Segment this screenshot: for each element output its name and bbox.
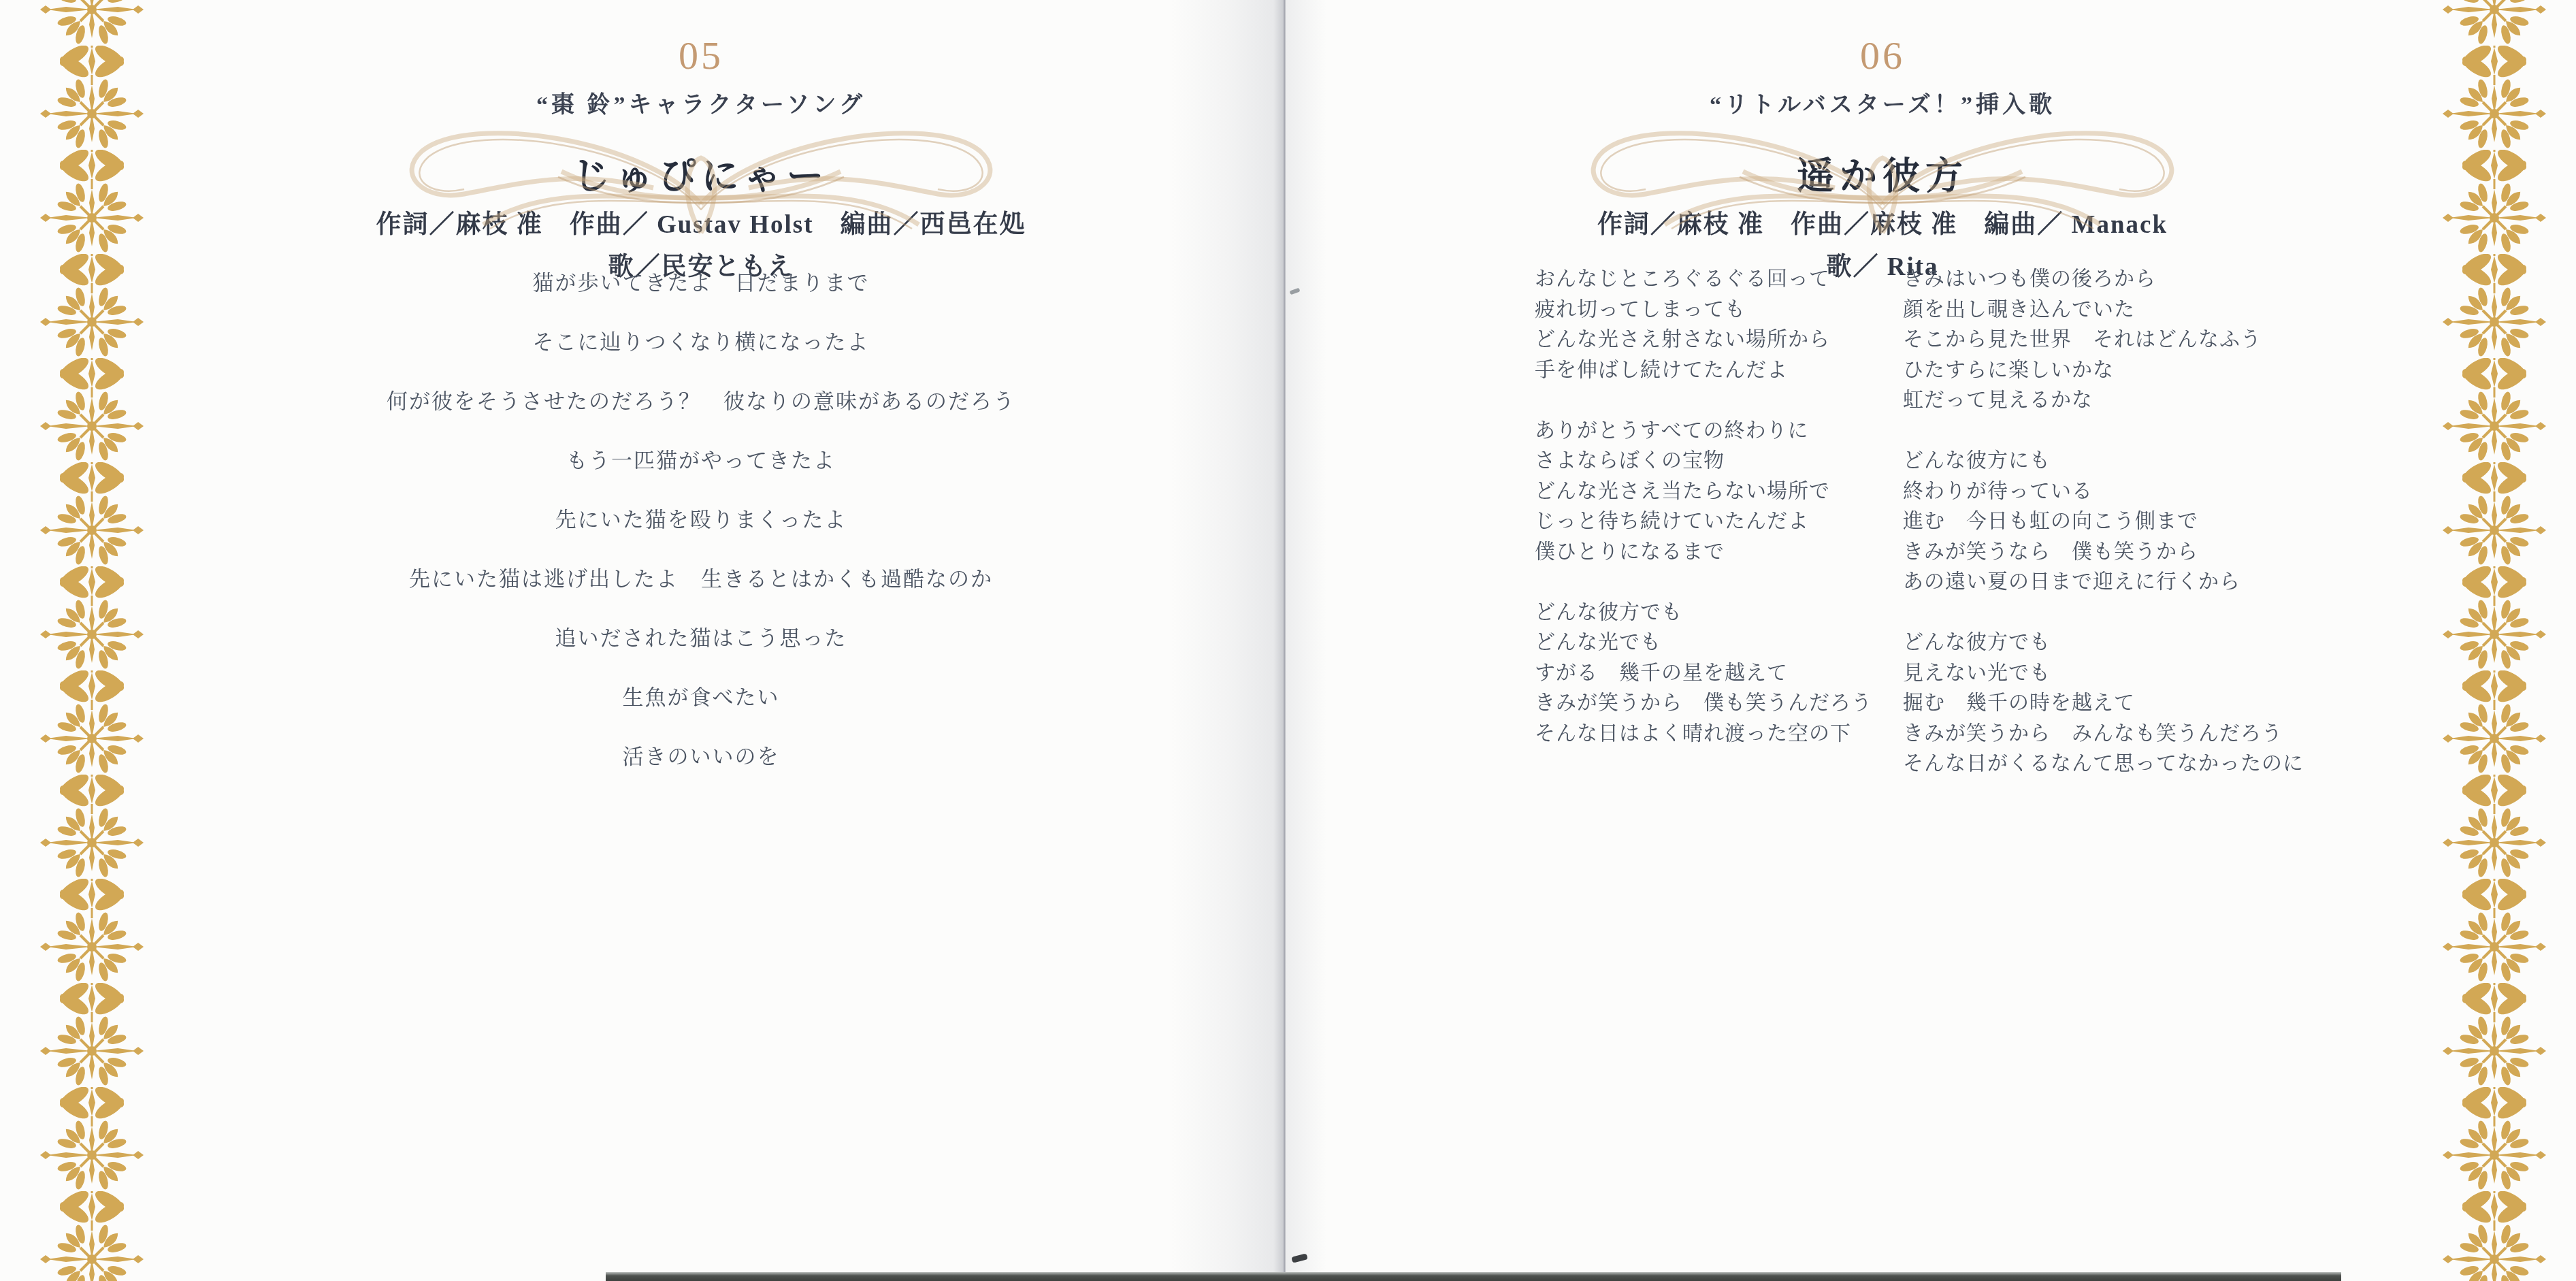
- right-page-lyrics-column-2: きみはいつも僕の後ろから顔を出し覗き込んでいたそこから見た世界 それはどんなふう…: [1903, 264, 2338, 779]
- lyric-line: 生魚が食べたい: [157, 668, 1245, 727]
- lyric-line: 終わりが待っている: [1903, 476, 2338, 507]
- track-number-06: 06: [1338, 33, 2427, 78]
- right-title-flourish-ornament: [1542, 123, 2223, 238]
- right-floral-border: [2423, 0, 2566, 1281]
- lyric-line: きみはいつも僕の後ろから: [1903, 264, 2338, 295]
- right-song-subtitle: “リトルバスターズ！”挿入歌: [1338, 86, 2427, 119]
- left-floral-border: [20, 0, 163, 1281]
- lyric-line: きみが笑うなら 僕も笑うから: [1903, 537, 2338, 568]
- lyric-line: 掘む 幾千の時を越えて: [1903, 688, 2338, 719]
- lyric-line: 見えない光でも: [1903, 658, 2338, 689]
- lyric-line: きみが笑うから みんなも笑うんだろう: [1903, 719, 2338, 749]
- lyric-line: 活きのいいのを: [157, 727, 1245, 786]
- lyric-line: 先にいた猫を殴りまくったよ: [157, 490, 1245, 549]
- lyric-line: 先にいた猫は逃げ出したよ 生きるとはかくも過酷なのか: [157, 549, 1245, 609]
- bottom-scan-edge: [606, 1272, 2341, 1281]
- lyric-line: もう一匹猫がやってきたよ: [157, 431, 1245, 490]
- center-fold-shadow: [1171, 0, 1285, 1281]
- lyric-line: そんな日がくるなんて思ってなかったのに: [1903, 749, 2338, 779]
- center-fold-highlight: [1286, 0, 1326, 1281]
- left-title-flourish-ornament: [361, 123, 1041, 238]
- lyric-line: あの遠い夏の日まで迎えに行くから: [1903, 567, 2338, 598]
- lyric-line: 何が彼をそうさせたのだろう？ 彼なりの意味があるのだろう: [157, 372, 1245, 431]
- lyric-line: どんな彼方にも: [1903, 446, 2338, 476]
- lyric-line: どんな彼方でも: [1903, 628, 2338, 658]
- left-page-lyrics: 猫が歩いてきたよ 日だまりまでそこに辿りつくなり横になったよ何が彼をそうさせたの…: [157, 253, 1245, 786]
- lyric-line: 猫が歩いてきたよ 日だまりまで: [157, 253, 1245, 312]
- left-song-subtitle: “棗 鈴”キャラクターソング: [157, 86, 1245, 119]
- lyric-line: 追いだされた猫はこう思った: [157, 609, 1245, 668]
- lyric-line: 虹だって見えるかな: [1903, 385, 2338, 416]
- lyric-line: そこから見た世界 それはどんなふう: [1903, 325, 2338, 355]
- booklet-scan: { "booklet": { "left_page": { "track_num…: [0, 0, 2576, 1281]
- lyric-line: そこに辿りつくなり横になったよ: [157, 312, 1245, 372]
- lyric-line: 進む 今日も虹の向こう側まで: [1903, 506, 2338, 537]
- track-number-05: 05: [157, 33, 1245, 78]
- lyric-line: ひたすらに楽しいかな: [1903, 355, 2338, 386]
- lyric-line: 顔を出し覗き込んでいた: [1903, 295, 2338, 325]
